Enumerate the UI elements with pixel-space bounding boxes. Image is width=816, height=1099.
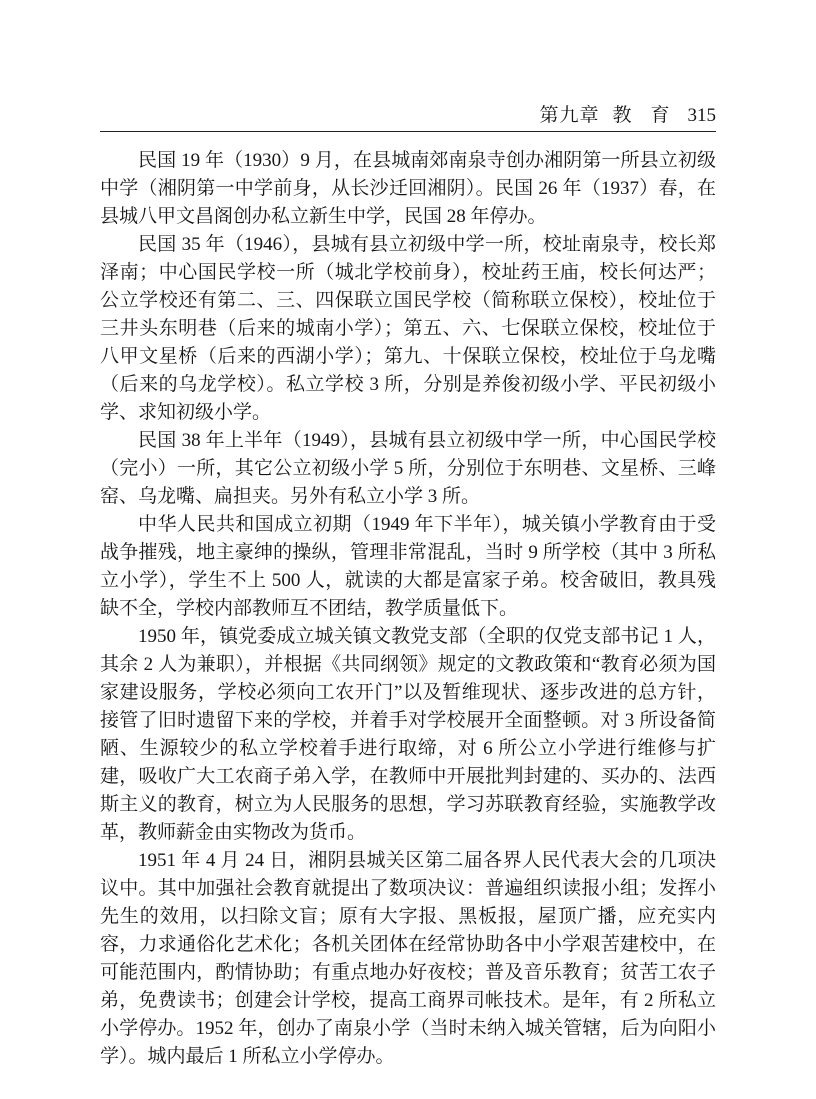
paragraph-4: 中华人民共和国成立初期（1949 年下半年），城关镇小学教育由于受战争摧残，地主… (100, 511, 716, 623)
book-page: 第九章 教 育 315 民国 19 年（1930）9 月，在县城南郊南泉寺创办湘… (0, 0, 816, 1099)
page-number: 315 (688, 106, 717, 126)
chapter-title: 教 育 (612, 106, 669, 126)
paragraph-2: 民国 35 年（1946），县城有县立初级中学一所，校址南泉寺，校长郑泽南；中心… (100, 231, 716, 427)
paragraph-3: 民国 38 年上半年（1949），县城有县立初级中学一所，中心国民学校（完小）一… (100, 427, 716, 511)
paragraph-6: 1951 年 4 月 24 日，湘阴县城关区第二届各界人民代表大会的几项决议中。… (100, 847, 716, 1071)
running-header: 第九章 教 育 315 (100, 106, 716, 132)
page-content: 第九章 教 育 315 民国 19 年（1930）9 月，在县城南郊南泉寺创办湘… (100, 0, 716, 1071)
paragraph-1: 民国 19 年（1930）9 月，在县城南郊南泉寺创办湘阴第一所县立初级中学（湘… (100, 147, 716, 231)
body-text: 民国 19 年（1930）9 月，在县城南郊南泉寺创办湘阴第一所县立初级中学（湘… (100, 147, 716, 1071)
paragraph-5: 1950 年，镇党委成立城关镇文教党支部（全职的仅党支部书记 1 人，其余 2 … (100, 623, 716, 847)
chapter-label: 第九章 (539, 106, 599, 126)
